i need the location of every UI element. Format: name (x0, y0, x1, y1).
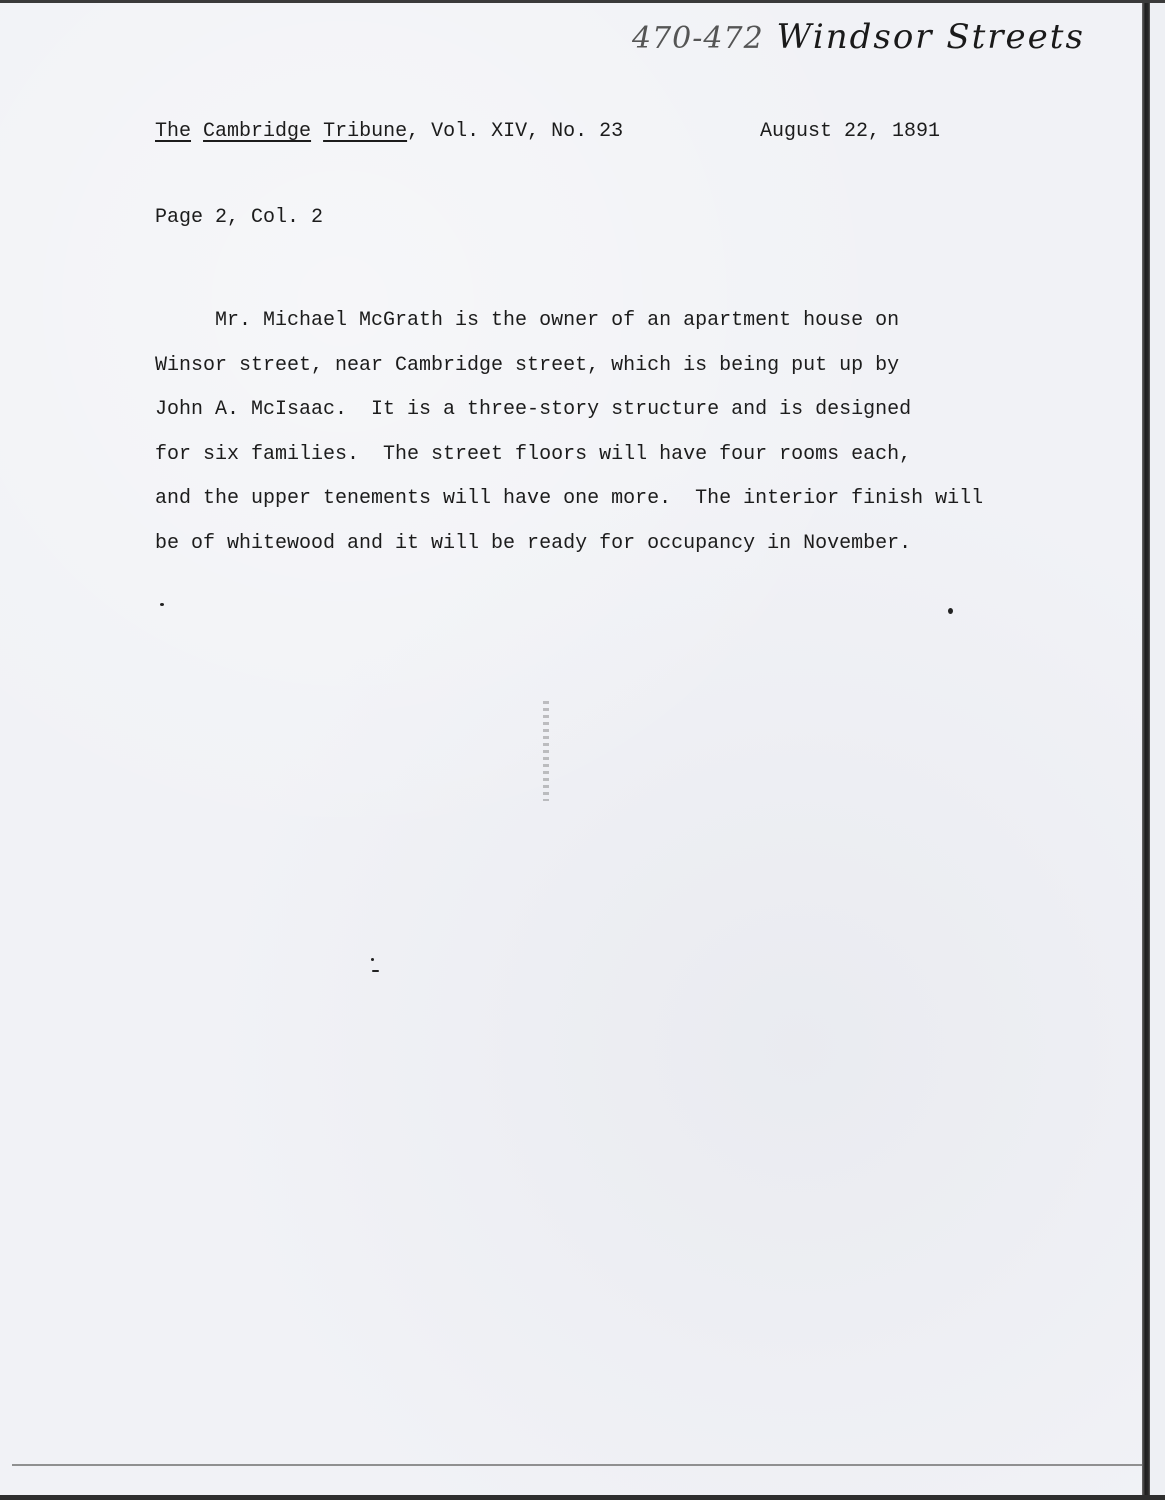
handwritten-street-name: Windsor Streets (776, 17, 1084, 57)
article-line: for six families. The street floors will… (155, 433, 983, 478)
scan-right-margin (1150, 3, 1165, 1495)
scan-speck (372, 970, 379, 972)
publication-date: August 22, 1891 (760, 120, 940, 143)
scan-speck (371, 958, 374, 961)
article-line: John A. McIsaac. It is a three-story str… (155, 388, 983, 433)
article-body: Mr. Michael McGrath is the owner of an a… (155, 299, 983, 566)
article-line: be of whitewood and it will be ready for… (155, 522, 983, 567)
document-page: 470-472 Windsor Streets The Cambridge Tr… (0, 3, 1142, 1495)
scan-right-edge (1142, 3, 1150, 1495)
scan-speck (948, 608, 953, 614)
page-column-reference: Page 2, Col. 2 (155, 206, 323, 229)
bottom-rule-line (12, 1464, 1142, 1466)
handwritten-address-number: 470-472 (632, 21, 764, 56)
scan-speck (160, 603, 164, 606)
article-line: Mr. Michael McGrath is the owner of an a… (155, 299, 983, 344)
article-line: and the upper tenements will have one mo… (155, 477, 983, 522)
scan-bottom-edge (0, 1495, 1165, 1500)
handwritten-annotation: 470-472 Windsor Streets (632, 17, 1085, 57)
citation-line: The Cambridge Tribune, Vol. XIV, No. 23 (155, 120, 623, 143)
article-line: Winsor street, near Cambridge street, wh… (155, 344, 983, 389)
publication-name-cambridge: Cambridge (203, 120, 311, 143)
volume-issue: , Vol. XIV, No. 23 (407, 120, 623, 143)
scan-smudge (543, 701, 549, 801)
publication-name-tribune: Tribune (323, 120, 407, 143)
publication-name-the: The (155, 120, 191, 143)
